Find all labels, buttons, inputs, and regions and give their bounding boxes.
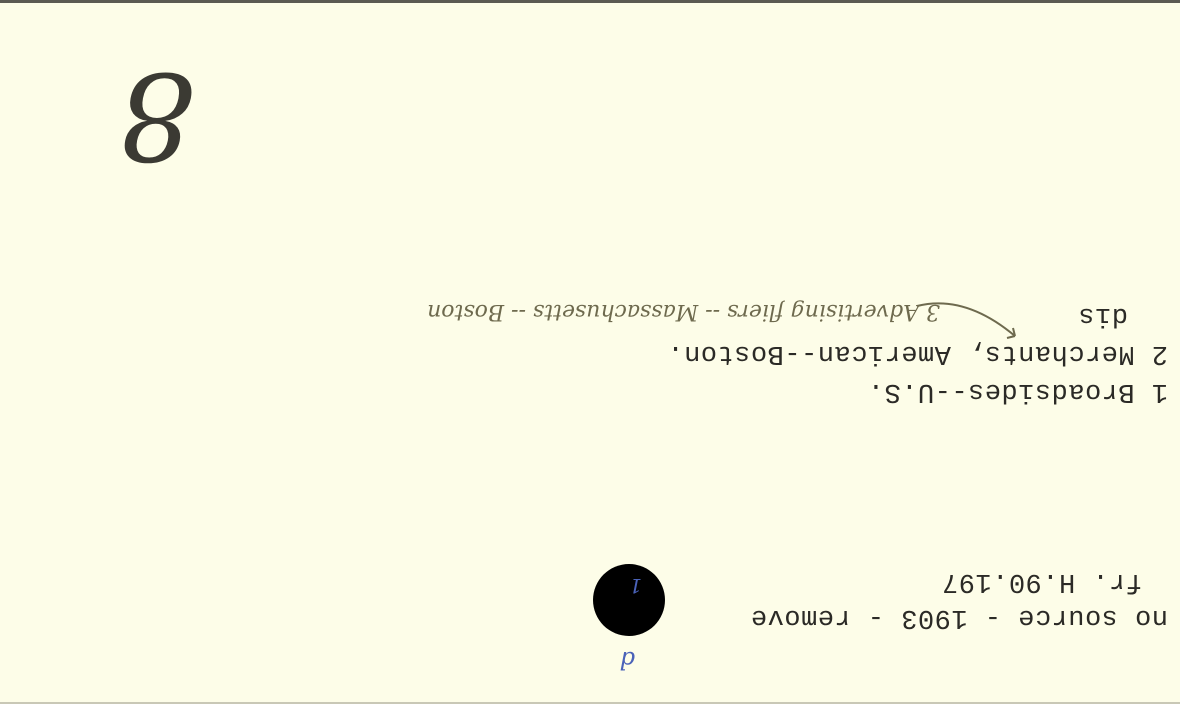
catalog-card: no source - 1903 - remove fr. H.90.197 d… bbox=[0, 0, 1180, 704]
pencil-mark-1: 1 bbox=[629, 574, 642, 598]
pencil-mark-d: d bbox=[620, 646, 635, 674]
corner-mark: 8 bbox=[119, 45, 195, 184]
handwritten-heading: 3 Advertising fliers -- Massachusetts --… bbox=[427, 299, 940, 324]
card-content-rotated: no source - 1903 - remove fr. H.90.197 d… bbox=[0, 0, 1180, 704]
tracing-line-1: 1 Broadsides--U.S. bbox=[867, 376, 1168, 406]
tracing-line-3: dis bbox=[1078, 300, 1128, 330]
header-line-2: fr. H.90.197 bbox=[942, 566, 1142, 596]
header-line-1: no source - 1903 - remove bbox=[750, 602, 1168, 632]
